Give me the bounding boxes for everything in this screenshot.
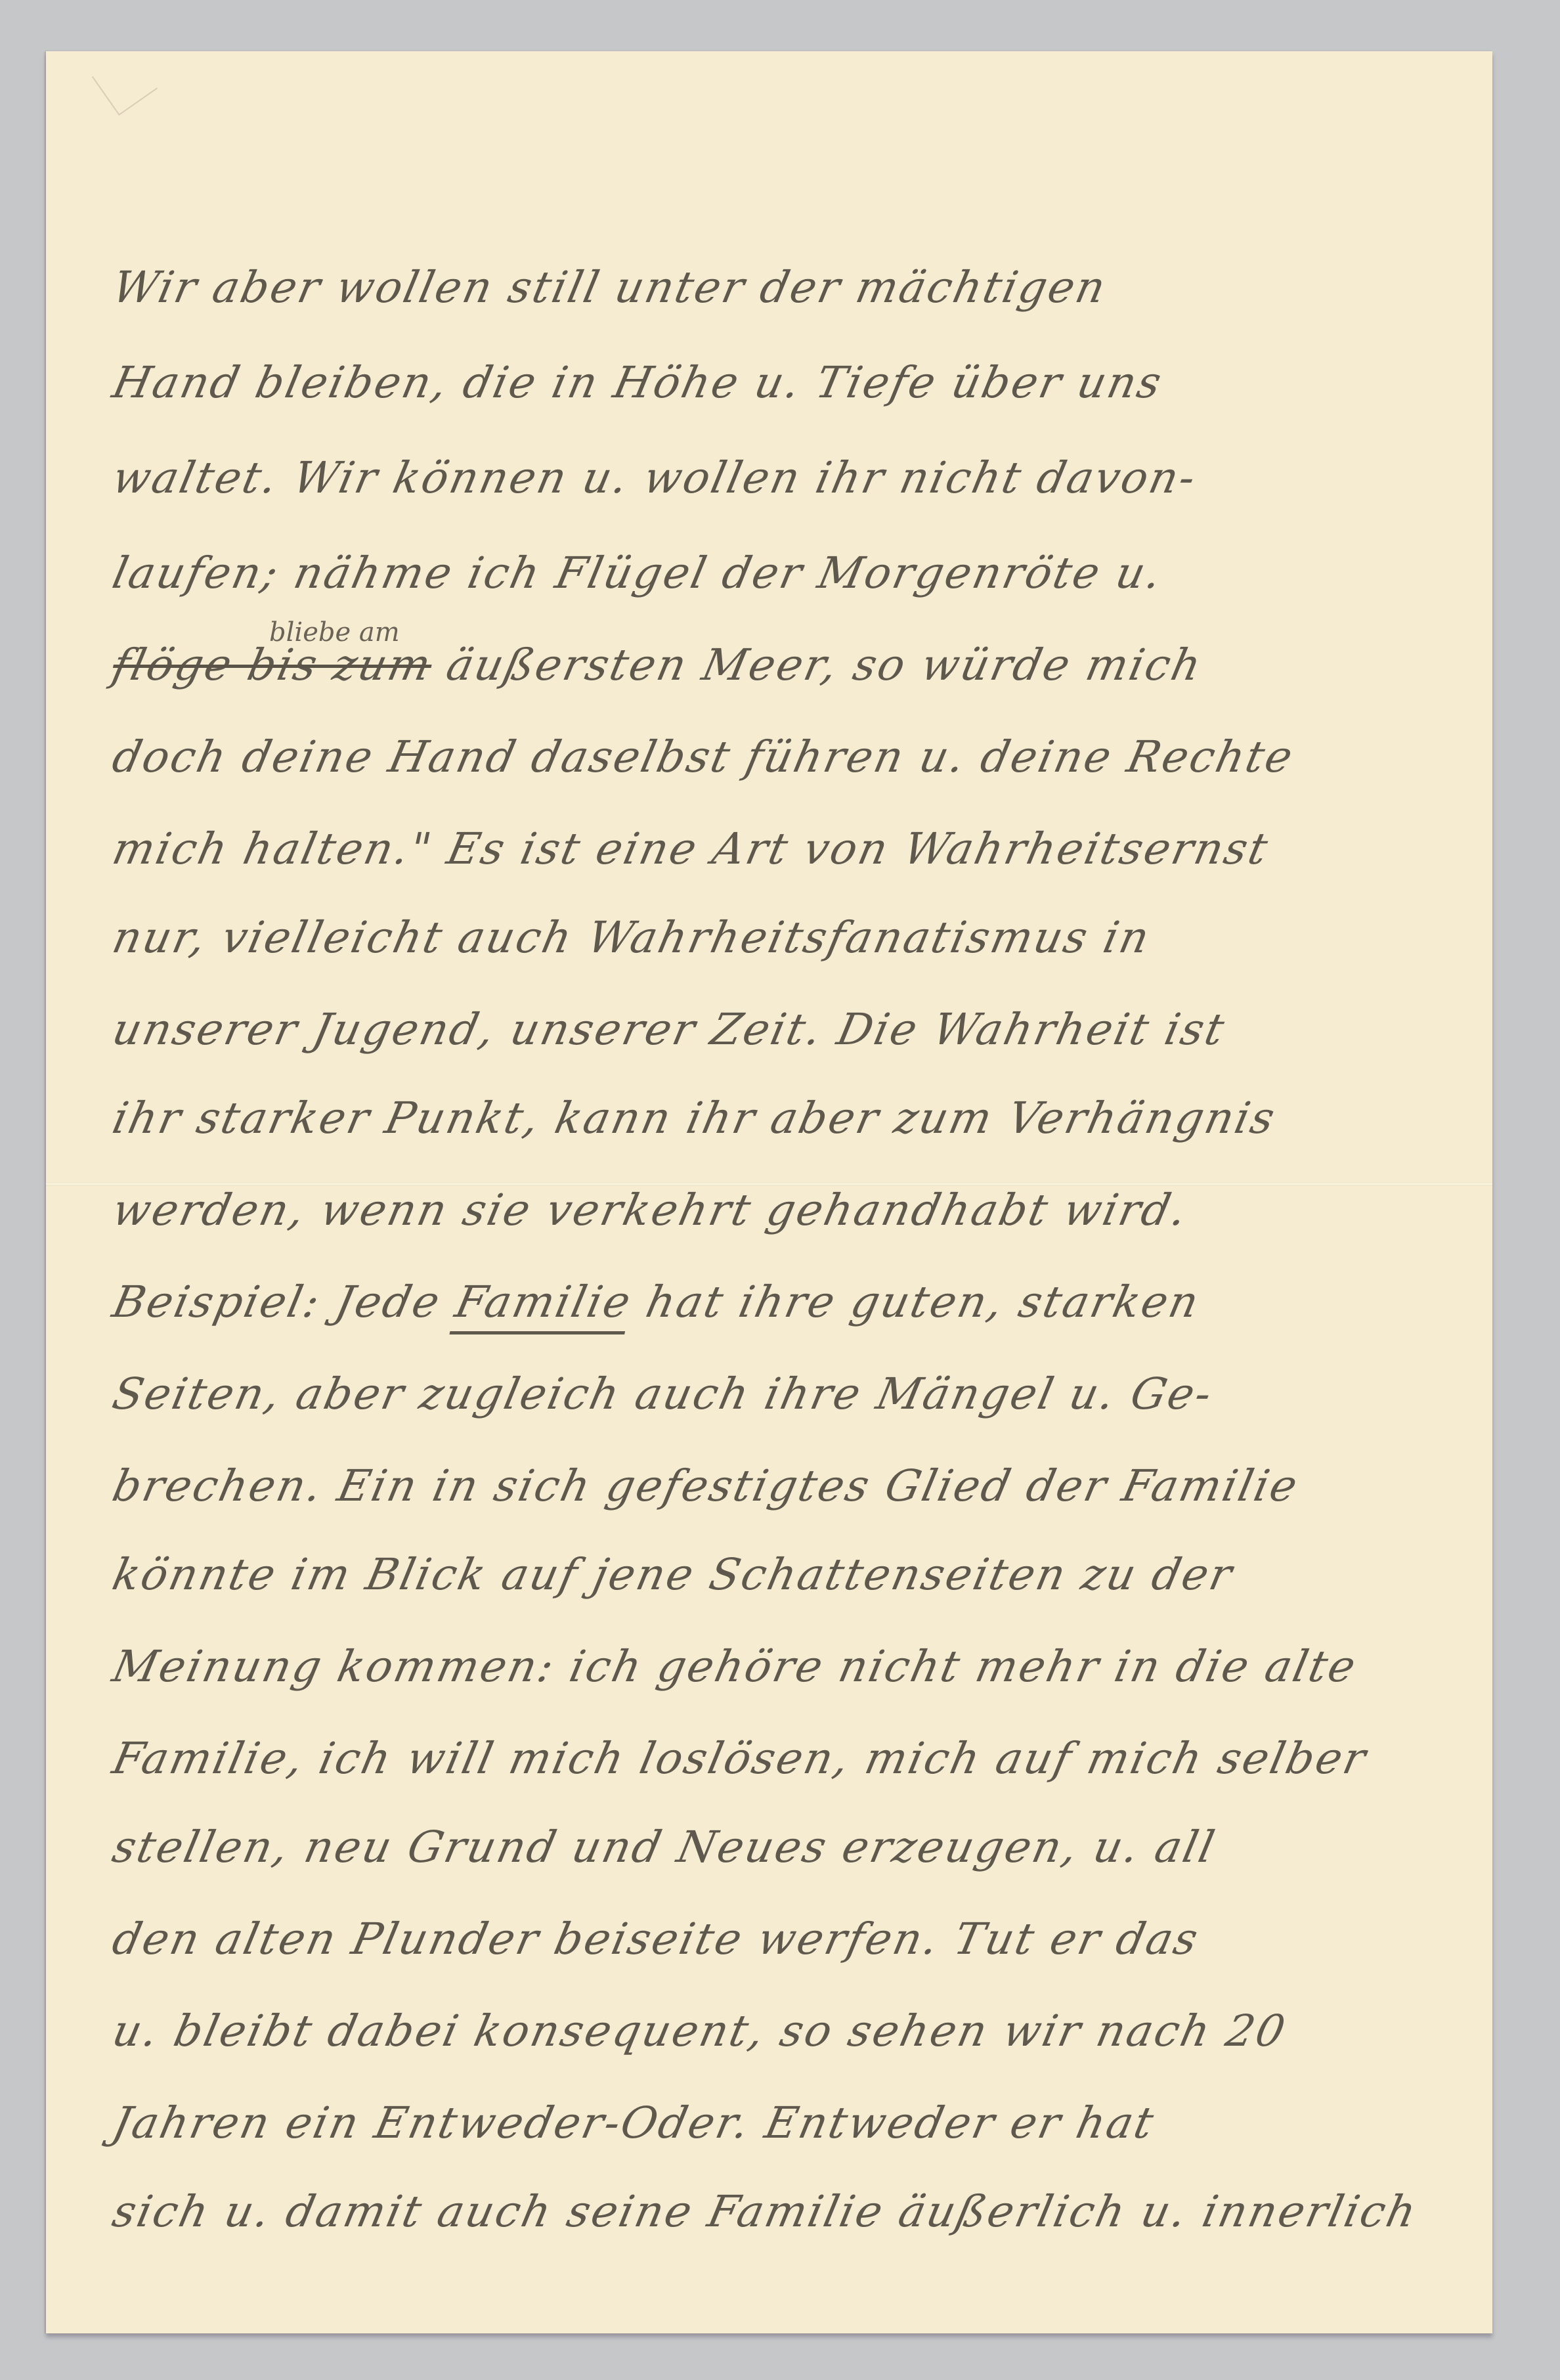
text-line-14: brechen. Ein in sich gefestigtes Glied d… [105, 1447, 1494, 1526]
text-line-11: werden, wenn sie verkehrt gehandhabt wir… [105, 1171, 1494, 1250]
text-line-13: Seiten, aber zugleich auch ihre Mängel u… [105, 1355, 1494, 1434]
line-text: Hand bleiben, die in Höhe u. Tiefe über … [108, 357, 1167, 408]
line-text: unserer Jugend, unserer Zeit. Die Wahrhe… [108, 1004, 1230, 1055]
text-line-19: den alten Plunder beiseite werfen. Tut e… [105, 1900, 1494, 1979]
text-line-20: u. bleibt dabei konsequent, so sehen wir… [105, 1992, 1494, 2071]
text-line-10: ihr starker Punkt, kann ihr aber zum Ver… [105, 1079, 1494, 1158]
text-line-17: Familie, ich will mich loslösen, mich au… [105, 1719, 1494, 1798]
line-text: Meinung kommen: ich gehöre nicht mehr in… [108, 1641, 1362, 1692]
text-line-3: waltet. Wir können u. wollen ihr nicht d… [105, 439, 1494, 518]
line-text: laufen; nähme ich Flügel der Morgenröte … [108, 548, 1168, 598]
line-text: nur, vielleicht auch Wahrheitsfanatismus… [108, 912, 1156, 963]
line-text: Beispiel: Jede [108, 1277, 462, 1327]
line-text: Seiten, aber zugleich auch ihre Mängel u… [108, 1369, 1218, 1419]
text-line-21: Jahren ein Entweder-Oder. Entweder er ha… [105, 2084, 1494, 2163]
text-line-22: sich u. damit auch seine Familie äußerli… [105, 2172, 1494, 2251]
text-line-12: Beispiel: Jede Familie hat ihre guten, s… [105, 1263, 1494, 1342]
line-text: Wir aber wollen still unter der mächtige… [108, 262, 1112, 313]
line-text: ihr starker Punkt, kann ihr aber zum Ver… [108, 1093, 1281, 1143]
text-line-4: laufen; nähme ich Flügel der Morgenröte … [105, 534, 1494, 613]
line-text: hat ihre guten, starken [626, 1277, 1205, 1327]
text-line-15: könnte im Blick auf jene Schattenseiten … [105, 1535, 1494, 1614]
line-text: doch deine Hand daselbst führen u. deine… [108, 732, 1299, 782]
line-text: Familie, ich will mich loslösen, mich au… [108, 1733, 1372, 1784]
text-line-1: Wir aber wollen still unter der mächtige… [105, 248, 1494, 327]
line-text: den alten Plunder beiseite werfen. Tut e… [108, 1914, 1204, 1964]
line-text: könnte im Blick auf jene Schattenseiten … [108, 1549, 1238, 1600]
line-text: stellen, neu Grund und Neues erzeugen, u… [108, 1822, 1221, 1872]
line-text: sich u. damit auch seine Familie äußerli… [108, 2186, 1423, 2237]
line-text: waltet. Wir können u. wollen ihr nicht d… [108, 452, 1202, 503]
line-text: werden, wenn sie verkehrt gehandhabt wir… [108, 1185, 1193, 1235]
text-line-9: unserer Jugend, unserer Zeit. Die Wahrhe… [105, 990, 1494, 1069]
line-text: mich halten." Es ist eine Art von Wahrhe… [108, 824, 1274, 874]
handwritten-text-block: Wir aber wollen still unter der mächtige… [46, 51, 1492, 2333]
text-line-6: doch deine Hand daselbst führen u. deine… [105, 718, 1494, 797]
text-line-7: mich halten." Es ist eine Art von Wahrhe… [105, 810, 1494, 889]
letter-page: Wir aber wollen still unter der mächtige… [46, 51, 1492, 2333]
interlinear-insertion: bliebe am [269, 617, 400, 648]
text-line-2: Hand bleiben, die in Höhe u. Tiefe über … [105, 343, 1494, 422]
line-text: u. bleibt dabei konsequent, so sehen wir… [108, 2006, 1291, 2056]
text-line-18: stellen, neu Grund und Neues erzeugen, u… [105, 1808, 1494, 1887]
text-line-8: nur, vielleicht auch Wahrheitsfanatismus… [105, 898, 1494, 977]
line-text: Jahren ein Entweder-Oder. Entweder er ha… [108, 2098, 1160, 2148]
text-line-16: Meinung kommen: ich gehöre nicht mehr in… [105, 1627, 1494, 1706]
underlined-word: Familie [451, 1277, 637, 1327]
line-text: brechen. Ein in sich gefestigtes Glied d… [108, 1461, 1304, 1511]
line-text: äußersten Meer, so würde mich [426, 640, 1207, 690]
